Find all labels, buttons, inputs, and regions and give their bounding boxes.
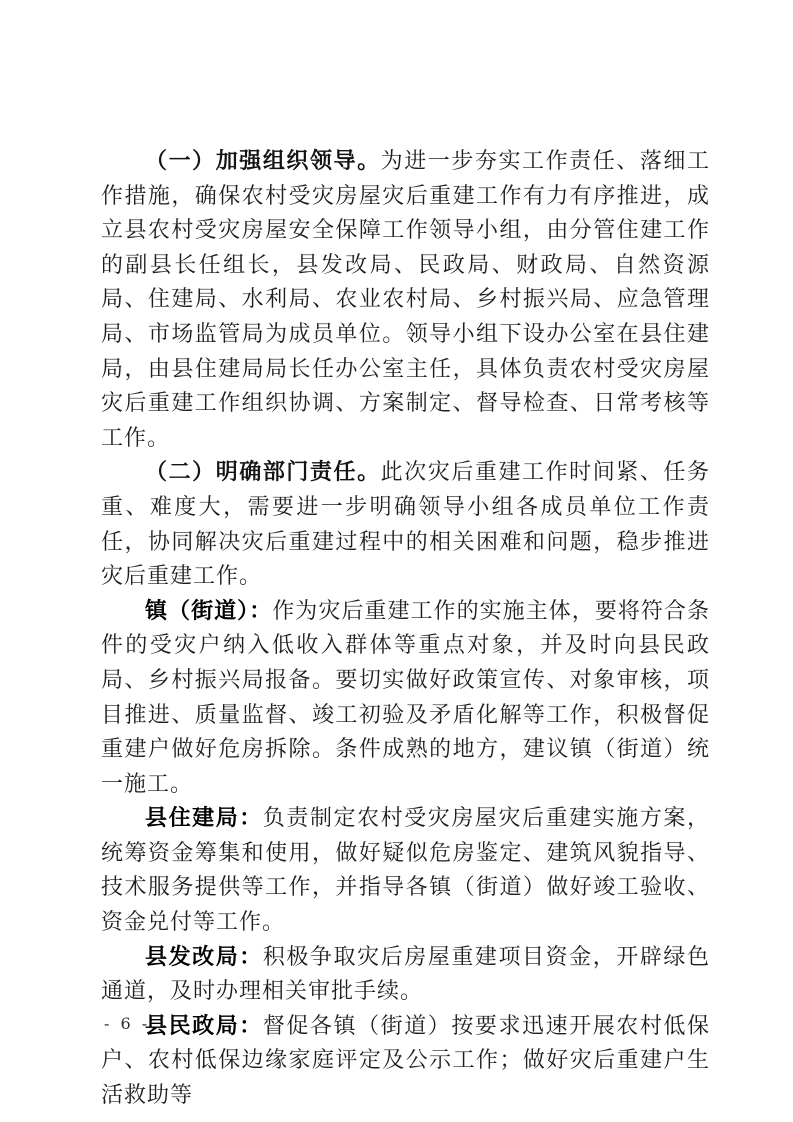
page-number: - 6 - xyxy=(104,1014,150,1034)
development-reform-bureau-heading: 县发改局： xyxy=(145,944,263,969)
paragraph-civil-affairs-bureau: 县民政局：督促各镇（街道）按要求迅速开展农村低保户、农村低保边缘家庭评定及公示工… xyxy=(101,1009,710,1113)
paragraph-section-2: （二）明确部门责任。此次灾后重建工作时间紧、任务重、难度大，需要进一步明确领导小… xyxy=(101,455,710,593)
section-1-heading: （一）加强组织领导。 xyxy=(145,148,381,173)
town-street-body: 作为灾后重建工作的实施主体，要将符合条件的受灾户纳入低收入群体等重点对象，并及时… xyxy=(101,598,710,796)
document-text-block: （一）加强组织领导。为进一步夯实工作责任、落细工作措施，确保农村受灾房屋灾后重建… xyxy=(101,144,710,1113)
housing-bureau-heading: 县住建局： xyxy=(145,805,263,830)
paragraph-town-street: 镇（街道）：作为灾后重建工作的实施主体，要将符合条件的受灾户纳入低收入群体等重点… xyxy=(101,594,710,802)
civil-affairs-bureau-heading: 县民政局： xyxy=(145,1013,263,1038)
section-1-body: 为进一步夯实工作责任、落细工作措施，确保农村受灾房屋灾后重建工作有力有序推进，成… xyxy=(101,148,710,450)
document-page: （一）加强组织领导。为进一步夯实工作责任、落细工作措施，确保农村受灾房屋灾后重建… xyxy=(0,0,793,1122)
section-2-heading: （二）明确部门责任。 xyxy=(145,459,381,484)
town-street-heading: 镇（街道）： xyxy=(145,598,272,623)
paragraph-development-reform-bureau: 县发改局：积极争取灾后房屋重建项目资金，开辟绿色通道，及时办理相关审批手续。 xyxy=(101,940,710,1009)
paragraph-section-1: （一）加强组织领导。为进一步夯实工作责任、落细工作措施，确保农村受灾房屋灾后重建… xyxy=(101,144,710,455)
paragraph-housing-bureau: 县住建局：负责制定农村受灾房屋灾后重建实施方案，统筹资金筹集和使用，做好疑似危房… xyxy=(101,801,710,939)
